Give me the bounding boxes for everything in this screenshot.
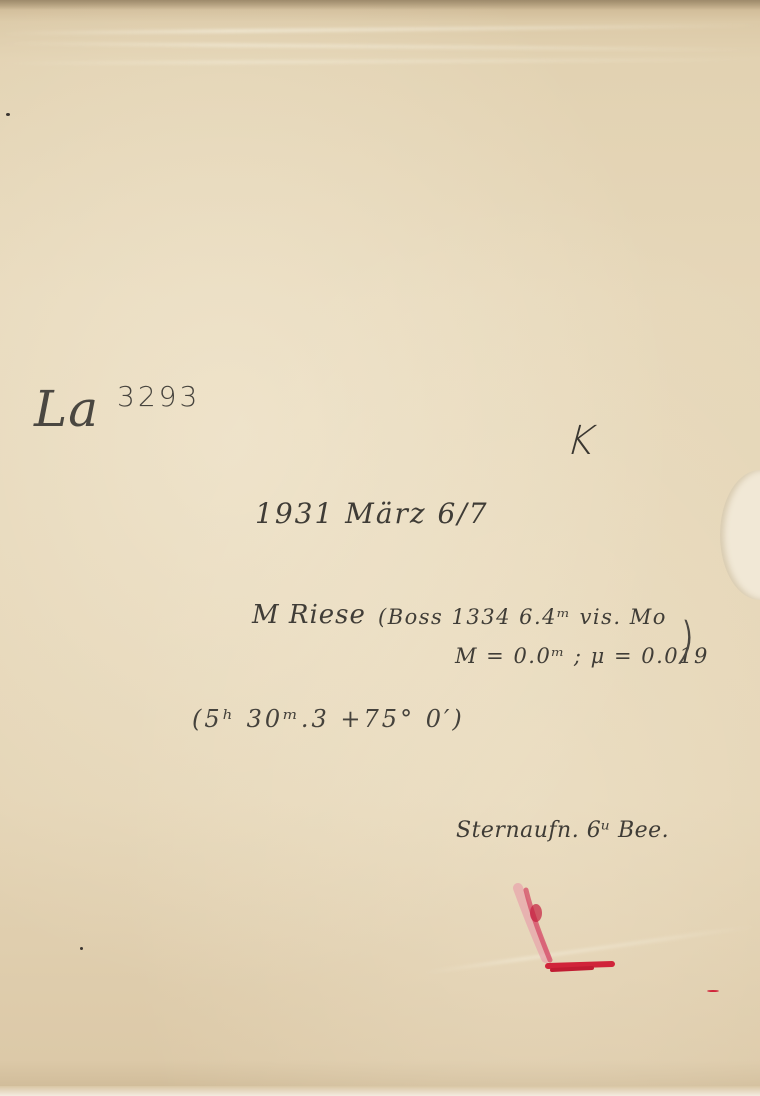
observer-name: M Riese	[252, 600, 366, 630]
ink-speck	[80, 947, 83, 950]
red-check-mark-icon	[512, 880, 622, 980]
observation-date: 1931 März 6/7	[255, 497, 489, 530]
coordinates: (5ʰ 30ᵐ.3 +75° 0′)	[192, 705, 465, 733]
catalog-label: La3293	[34, 380, 200, 438]
catalog-number: 3293	[117, 380, 200, 413]
paper-bottom-edge	[0, 1086, 760, 1096]
catalog-prefix: La	[34, 380, 99, 438]
class-mark: K	[562, 418, 602, 464]
star-info-line-1: (Boss 1334 6.4ᵐ vis. Mo	[378, 605, 667, 629]
thumb-cut-notch	[720, 470, 760, 600]
paper-top-edge	[0, 0, 760, 10]
star-info-line-2: M = 0.0ᵐ ; μ = 0.019	[455, 644, 709, 668]
instrument-note: Sternaufn. 6ᵘ Bee.	[456, 818, 669, 843]
paper-crease	[0, 58, 760, 65]
paper-crease	[0, 42, 760, 52]
red-speck	[707, 990, 719, 992]
ink-speck	[6, 113, 10, 116]
document-page: La3293 K 1931 März 6/7 M Riese (Boss 133…	[0, 0, 760, 1096]
paper-crease	[0, 24, 760, 35]
